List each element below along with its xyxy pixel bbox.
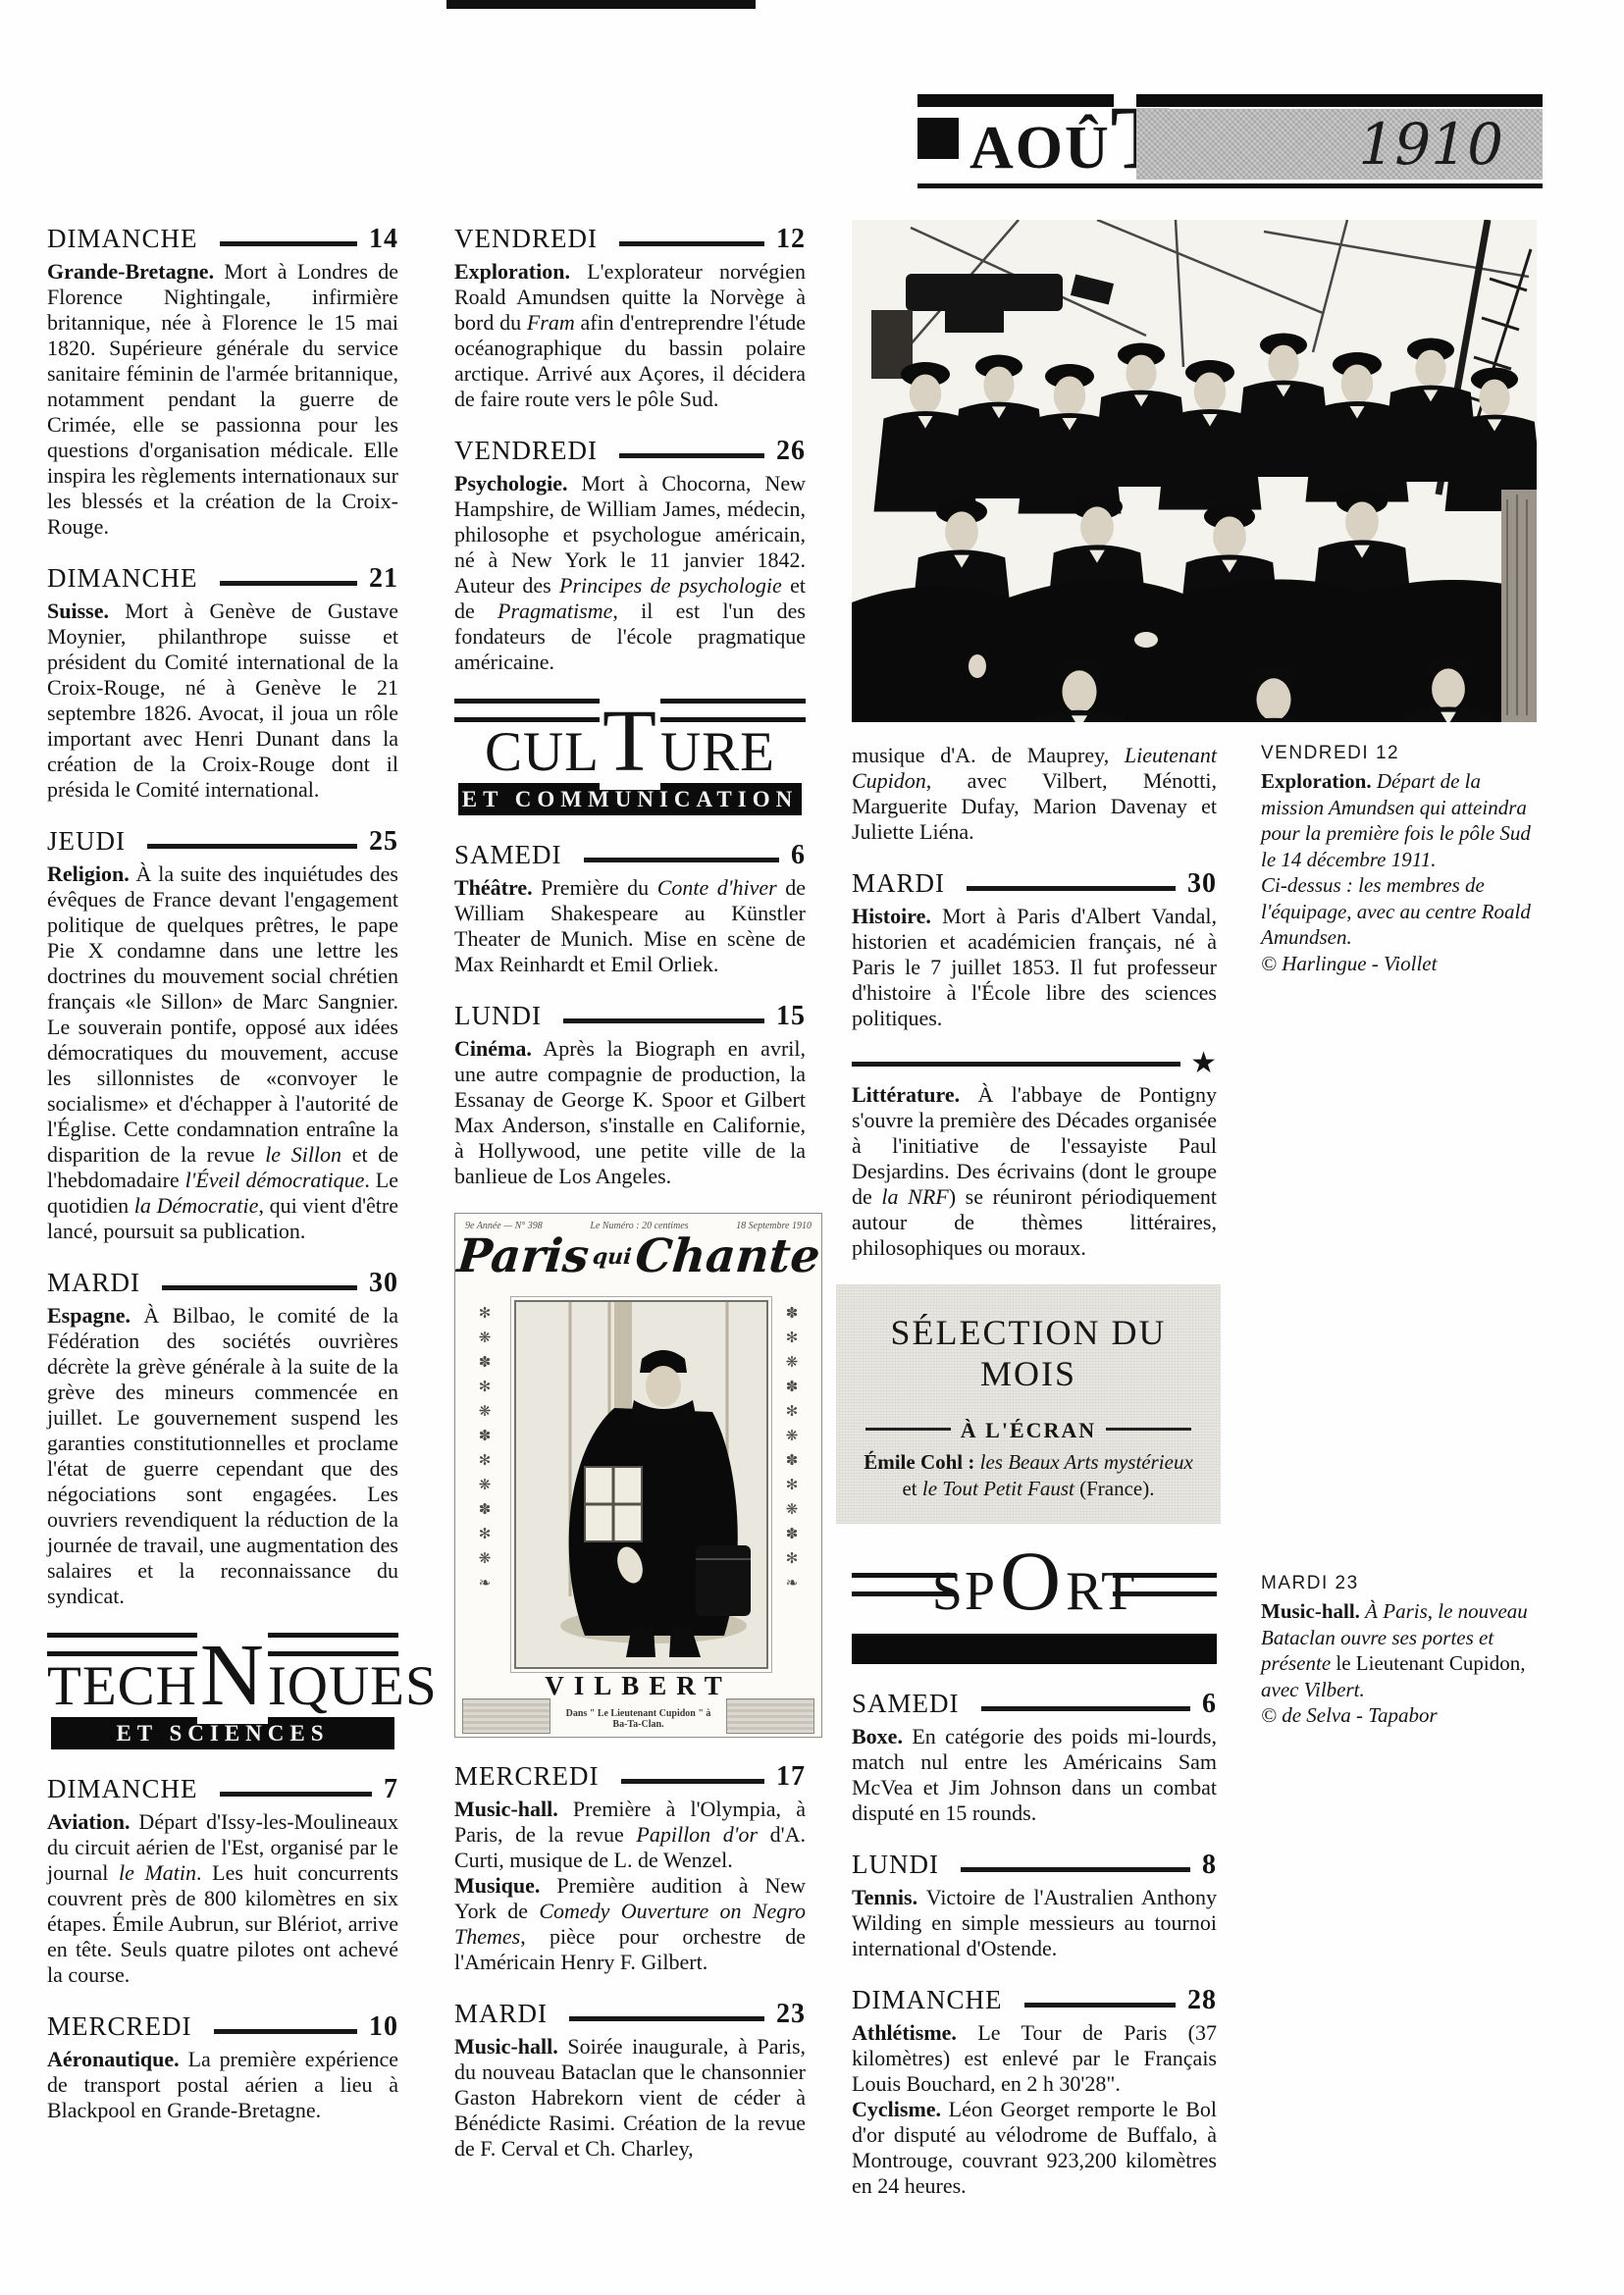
vilbert-photograph [516,1302,766,1665]
entry-body: Athlétisme. Le Tour de Paris (37 kilomèt… [852,2020,1217,2199]
text-segment: le Matin [119,1860,196,1885]
section-header-et-sciences: TECHNIQUESET SCIENCES [47,1633,398,1750]
text-segment: Littérature. [852,1082,960,1107]
entry-day: SAMEDI [852,1689,960,1719]
text-segment: Music-hall. [1261,1599,1365,1623]
starred-entry: ★Littérature. À l'abbaye de Pontigny s'o… [852,1055,1217,1261]
entry-dimanche-28: DIMANCHE28Athlétisme. Le Tour de Paris (… [852,1985,1217,2199]
entry-jeudi-25: JEUDI25Religion. À la suite des inquiétu… [47,826,398,1244]
text-segment: Papillon d'or [636,1822,758,1847]
poster-artist-name: VILBERT [455,1671,821,1701]
text-segment: Pragmatisme [498,599,612,623]
entry-day: JEUDI [47,826,126,857]
entry-heading: DIMANCHE14 [47,224,398,254]
text-segment: Fram [527,310,575,335]
photo-caption-amundsen: VENDREDI 12Exploration. Départ de la mis… [1261,743,1539,976]
text-segment: Émile Cohl : [864,1450,979,1474]
header-rule-bottom [917,183,1543,188]
text-segment: À Bilbao, le comité de la Fédération des… [47,1303,398,1608]
entry-heading: SAMEDI6 [454,840,806,870]
entry-day: VENDREDI [454,436,598,466]
text-segment: Boxe. [852,1724,903,1748]
entry-heading: MARDI30 [852,868,1217,899]
month-text: AOÛ [969,115,1111,182]
entry-mardi-23: MARDI23Music-hall. Soirée inaugurale, à … [454,1999,806,2162]
entry-day: DIMANCHE [852,1985,1003,2015]
entry-rule [569,2016,764,2021]
entry-vendredi-26: VENDREDI26Psychologie. Mort à Chocorna, … [454,436,806,675]
poster-corner-box-right [726,1698,814,1734]
text-segment: Histoire. [852,904,931,928]
entry-heading: JEUDI25 [47,826,398,857]
entry-date: 30 [1187,868,1217,899]
snowflake-ornament-left: ✻❋✽✻❋✽✻❋✽✻❋❧ [461,1302,508,1667]
entry-mercredi-17: MERCREDI17Music-hall. Première à l'Olymp… [454,1761,806,1975]
entry-heading: MARDI23 [454,1999,806,2029]
poster-masthead-qui: qui [588,1244,637,1270]
text-segment: Grande-Bretagne. [47,259,214,284]
caption-text: Exploration. Départ de la mission Amunds… [1261,768,1539,976]
magazine-page: AOÛT 1910 [0,0,1624,2295]
entry-date: 30 [369,1268,398,1298]
entry-date: 17 [776,1761,806,1792]
entry-body: Psychologie. Mort à Chocorna, New Hampsh… [454,471,806,675]
text-segment: Théâtre. [454,875,533,900]
poster-masthead-chante: Chante [633,1229,822,1283]
entry-body: Exploration. L'explorateur norvégien Roa… [454,259,806,412]
entry-heading: LUNDI15 [454,1001,806,1031]
entry-heading: DIMANCHE21 [47,563,398,594]
text-segment: et [902,1477,921,1500]
text-segment: Tennis. [852,1885,917,1909]
rubric-rule-left [865,1428,951,1431]
rule-line [852,1062,1180,1067]
entry-day: DIMANCHE [47,563,198,594]
paris-qui-chante-poster: 9e Année — N° 398 Le Numéro : 20 centime… [454,1213,822,1738]
entry-heading: SAMEDI6 [852,1689,1217,1719]
entry-rule [981,1706,1190,1711]
text-segment: Aéronautique. [47,2047,180,2071]
star-icon: ★ [1190,1055,1217,1072]
entry-date: 25 [369,826,398,857]
text-segment: la NRF [881,1184,948,1209]
text-segment: Mort à Genève de Gustave Moynier, philan… [47,599,398,802]
photo-caption-continuation: musique d'A. de Mauprey, Lieutenant Cupi… [852,743,1217,845]
selection-title: SÉLECTION DU MOIS [856,1312,1201,1394]
text-segment: Suisse. [47,599,109,623]
entry-body: Tennis. Victoire de l'Australien Anthony… [852,1885,1217,1961]
entry-samedi-6: SAMEDI6Boxe. En catégorie des poids mi-l… [852,1689,1217,1826]
poster-corner-box-left [462,1698,550,1734]
text-segment: Exploration. [454,259,570,284]
entry-rule [1024,2003,1177,2008]
section-title: SPORT [852,1547,1217,1625]
caption-day: MARDI 23 [1261,1573,1539,1594]
caption-day: VENDREDI 12 [1261,743,1539,764]
text-segment: Conte d'hiver [657,875,777,900]
entry-date: 12 [776,224,806,254]
text-segment: musique d'A. de Mauprey, [852,743,1125,767]
paragraph-text: musique d'A. de Mauprey, Lieutenant Cupi… [852,743,1217,845]
text-segment: la Démocratie [134,1193,259,1218]
text-segment: le Sillon [265,1142,341,1167]
entry-heading: MARDI30 [47,1268,398,1298]
title-part: SP [932,1561,997,1622]
text-segment: Cinéma. [454,1036,532,1061]
entry-mardi-30: MARDI30Espagne. À Bilbao, le comité de l… [47,1268,398,1609]
title-big-letter: N [197,1627,268,1724]
poster-photo-frame [514,1300,768,1669]
entry-day: MERCREDI [47,2011,192,2042]
text-segment: Athlétisme. [852,2020,957,2045]
column-2: VENDREDI12Exploration. L'explorateur nor… [454,224,806,2162]
text-segment: Religion. [47,861,130,886]
title-part: RT [1066,1561,1136,1622]
selection-du-mois-box: SÉLECTION DU MOISÀ L'ÉCRANÉmile Cohl : l… [836,1284,1221,1524]
title-big-letter: T [600,693,660,790]
entry-rule [214,2029,357,2034]
entry-body: Littérature. À l'abbaye de Pontigny s'ou… [852,1082,1217,1261]
sport-black-bar [852,1634,1217,1664]
entry-rule [961,1867,1190,1872]
entry-lundi-15: LUNDI15Cinéma. Après la Biograph en avri… [454,1001,806,1189]
selection-lines: Émile Cohl : les Beaux Arts mystérieux e… [856,1449,1201,1502]
text-segment: Musique. [454,1873,540,1898]
crew-photograph [852,220,1537,722]
text-segment: Première du [533,875,657,900]
scan-artifact-strip [446,0,756,9]
rubric-rule-right [1106,1428,1191,1431]
text-segment: le Lieutenant Cupidon [1336,1651,1520,1675]
month-marker-square [917,118,959,159]
entry-date: 6 [1202,1689,1217,1719]
entry-day: LUNDI [852,1850,939,1880]
entry-date: 14 [369,224,398,254]
entry-day: VENDREDI [454,224,598,254]
rubric-label: À L'ÉCRAN [961,1418,1096,1443]
column-3: musique d'A. de Mauprey, Lieutenant Cupi… [852,738,1217,2199]
text-segment: Principes de psychologie [559,573,782,598]
column-1: DIMANCHE14Grande-Bretagne. Mort à Londre… [47,224,398,2123]
entry-mardi-30: MARDI30Histoire. Mort à Paris d'Albert V… [852,868,1217,1031]
entry-vendredi-12: VENDREDI12Exploration. L'explorateur nor… [454,224,806,412]
entry-date: 26 [776,436,806,466]
entry-rule [619,453,764,458]
snowflake-ornament-right: ✽✻❋✽✻❋✽✻❋✽✻❧ [768,1302,815,1667]
text-segment: À la suite des inquiétudes des évêques d… [47,861,398,1167]
entry-day: MERCREDI [454,1761,600,1792]
entry-heading: LUNDI8 [852,1850,1217,1880]
entry-dimanche-14: DIMANCHE14Grande-Bretagne. Mort à Londre… [47,224,398,540]
text-segment: Psychologie. [454,471,568,496]
entry-rule [621,1779,764,1784]
entry-body: Music-hall. Soirée inaugurale, à Paris, … [454,2034,806,2162]
year-badge: 1910 [1136,109,1543,180]
poster-masthead: ParisquiChante [454,1229,822,1292]
title-part: TECH [47,1655,197,1717]
entry-rule [220,1792,373,1797]
text-segment: le Tout Petit Faust [922,1477,1074,1500]
entry-body: Grande-Bretagne. Mort à Londres de Flore… [47,259,398,540]
header-rule-right [1136,94,1543,107]
text-segment: l'Éveil démocratique [185,1168,365,1192]
photo-caption-bataclan: MARDI 23Music-hall. À Paris, le nouveau … [1261,1573,1539,1729]
text-segment: Music-hall. [454,1797,558,1821]
text-segment: Mort à Londres de Florence Nightingale, … [47,259,398,539]
text-segment: Exploration. [1261,769,1377,793]
poster-masthead-paris: Paris [455,1229,591,1283]
entry-body: Music-hall. Première à l'Olympia, à Pari… [454,1797,806,1975]
entry-date: 7 [384,1774,398,1804]
entry-rule [147,844,357,849]
entry-body: Suisse. Mort à Genève de Gustave Moynier… [47,599,398,803]
title-part: CUL [485,721,600,783]
section-header-et-communication: CULTUREET COMMUNICATION [454,699,806,816]
entry-day: DIMANCHE [47,224,198,254]
poster-caption: Dans " Le Lieutenant Cupidon " à Ba-Ta-C… [557,1708,719,1730]
entry-mercredi-10: MERCREDI10Aéronautique. La première expé… [47,2011,398,2123]
entry-heading: DIMANCHE28 [852,1985,1217,2015]
selection-line: Émile Cohl : les Beaux Arts mystérieux e… [856,1449,1201,1502]
entry-rule [563,1018,764,1023]
entry-day: MARDI [852,868,945,899]
text-segment: (France). [1074,1477,1155,1500]
text-segment: Music-hall. [454,2034,558,2059]
entry-body: Religion. À la suite des inquiétudes des… [47,861,398,1244]
entry-body: Histoire. Mort à Paris d'Albert Vandal, … [852,904,1217,1031]
entry-date: 23 [776,1999,806,2029]
entry-heading: MERCREDI17 [454,1761,806,1792]
entry-rule [619,241,764,246]
entry-rule [967,886,1176,891]
entry-rule [584,858,779,862]
entry-day: MARDI [47,1268,140,1298]
entry-date: 28 [1187,1985,1217,2015]
section-title: TECHNIQUES [47,1641,398,1722]
text-segment: les Beaux Arts mystérieux [980,1450,1193,1474]
entry-date: 21 [369,563,398,594]
entry-lundi-8: LUNDI8Tennis. Victoire de l'Australien A… [852,1850,1217,1961]
entry-date: 10 [369,2011,398,2042]
entry-day: MARDI [454,1999,548,2029]
caption-text: Music-hall. À Paris, le nouveau Bataclan… [1261,1598,1539,1729]
entry-day: SAMEDI [454,840,562,870]
selection-rubric: À L'ÉCRAN [856,1418,1201,1443]
entry-dimanche-7: DIMANCHE7Aviation. Départ d'Issy-les-Mou… [47,1774,398,1988]
text-segment: Cyclisme. [852,2097,941,2121]
title-part: URE [660,721,775,783]
entry-rule [220,241,358,246]
star-rule: ★ [852,1055,1217,1072]
text-segment: Espagne. [47,1303,131,1328]
entry-body: Aéronautique. La première expérience de … [47,2047,398,2123]
entry-heading: MERCREDI10 [47,2011,398,2042]
text-segment: Départ de la mission Amundsen qui attein… [1261,769,1531,975]
section-title: CULTURE [454,706,806,788]
entry-rule [162,1285,357,1290]
entry-heading: VENDREDI26 [454,436,806,466]
entry-heading: DIMANCHE7 [47,1774,398,1804]
entry-day: DIMANCHE [47,1774,198,1804]
entry-date: 8 [1202,1850,1217,1880]
entry-day: LUNDI [454,1001,542,1031]
entry-date: 15 [776,1001,806,1031]
text-segment: En catégorie des poids mi-lourds, match … [852,1724,1217,1825]
entry-body: Théâtre. Première du Conte d'hiver de Wi… [454,875,806,977]
entry-body: Boxe. En catégorie des poids mi-lourds, … [852,1724,1217,1826]
entry-date: 6 [791,840,806,870]
text-segment: Aviation. [47,1809,131,1834]
entry-samedi-6: SAMEDI6Théâtre. Première du Conte d'hive… [454,840,806,977]
entry-dimanche-21: DIMANCHE21Suisse. Mort à Genève de Gusta… [47,563,398,803]
section-header-sport: SPORT [852,1547,1217,1665]
entry-body: Espagne. À Bilbao, le comité de la Fédér… [47,1303,398,1609]
entry-body: Cinéma. Après la Biograph en avril, une … [454,1036,806,1189]
entry-rule [220,581,358,586]
entry-heading: VENDREDI12 [454,224,806,254]
entry-body: Aviation. Départ d'Issy-les-Moulineaux d… [47,1809,398,1988]
title-part: IQUES [268,1655,438,1717]
title-big-letter: O [997,1534,1066,1628]
